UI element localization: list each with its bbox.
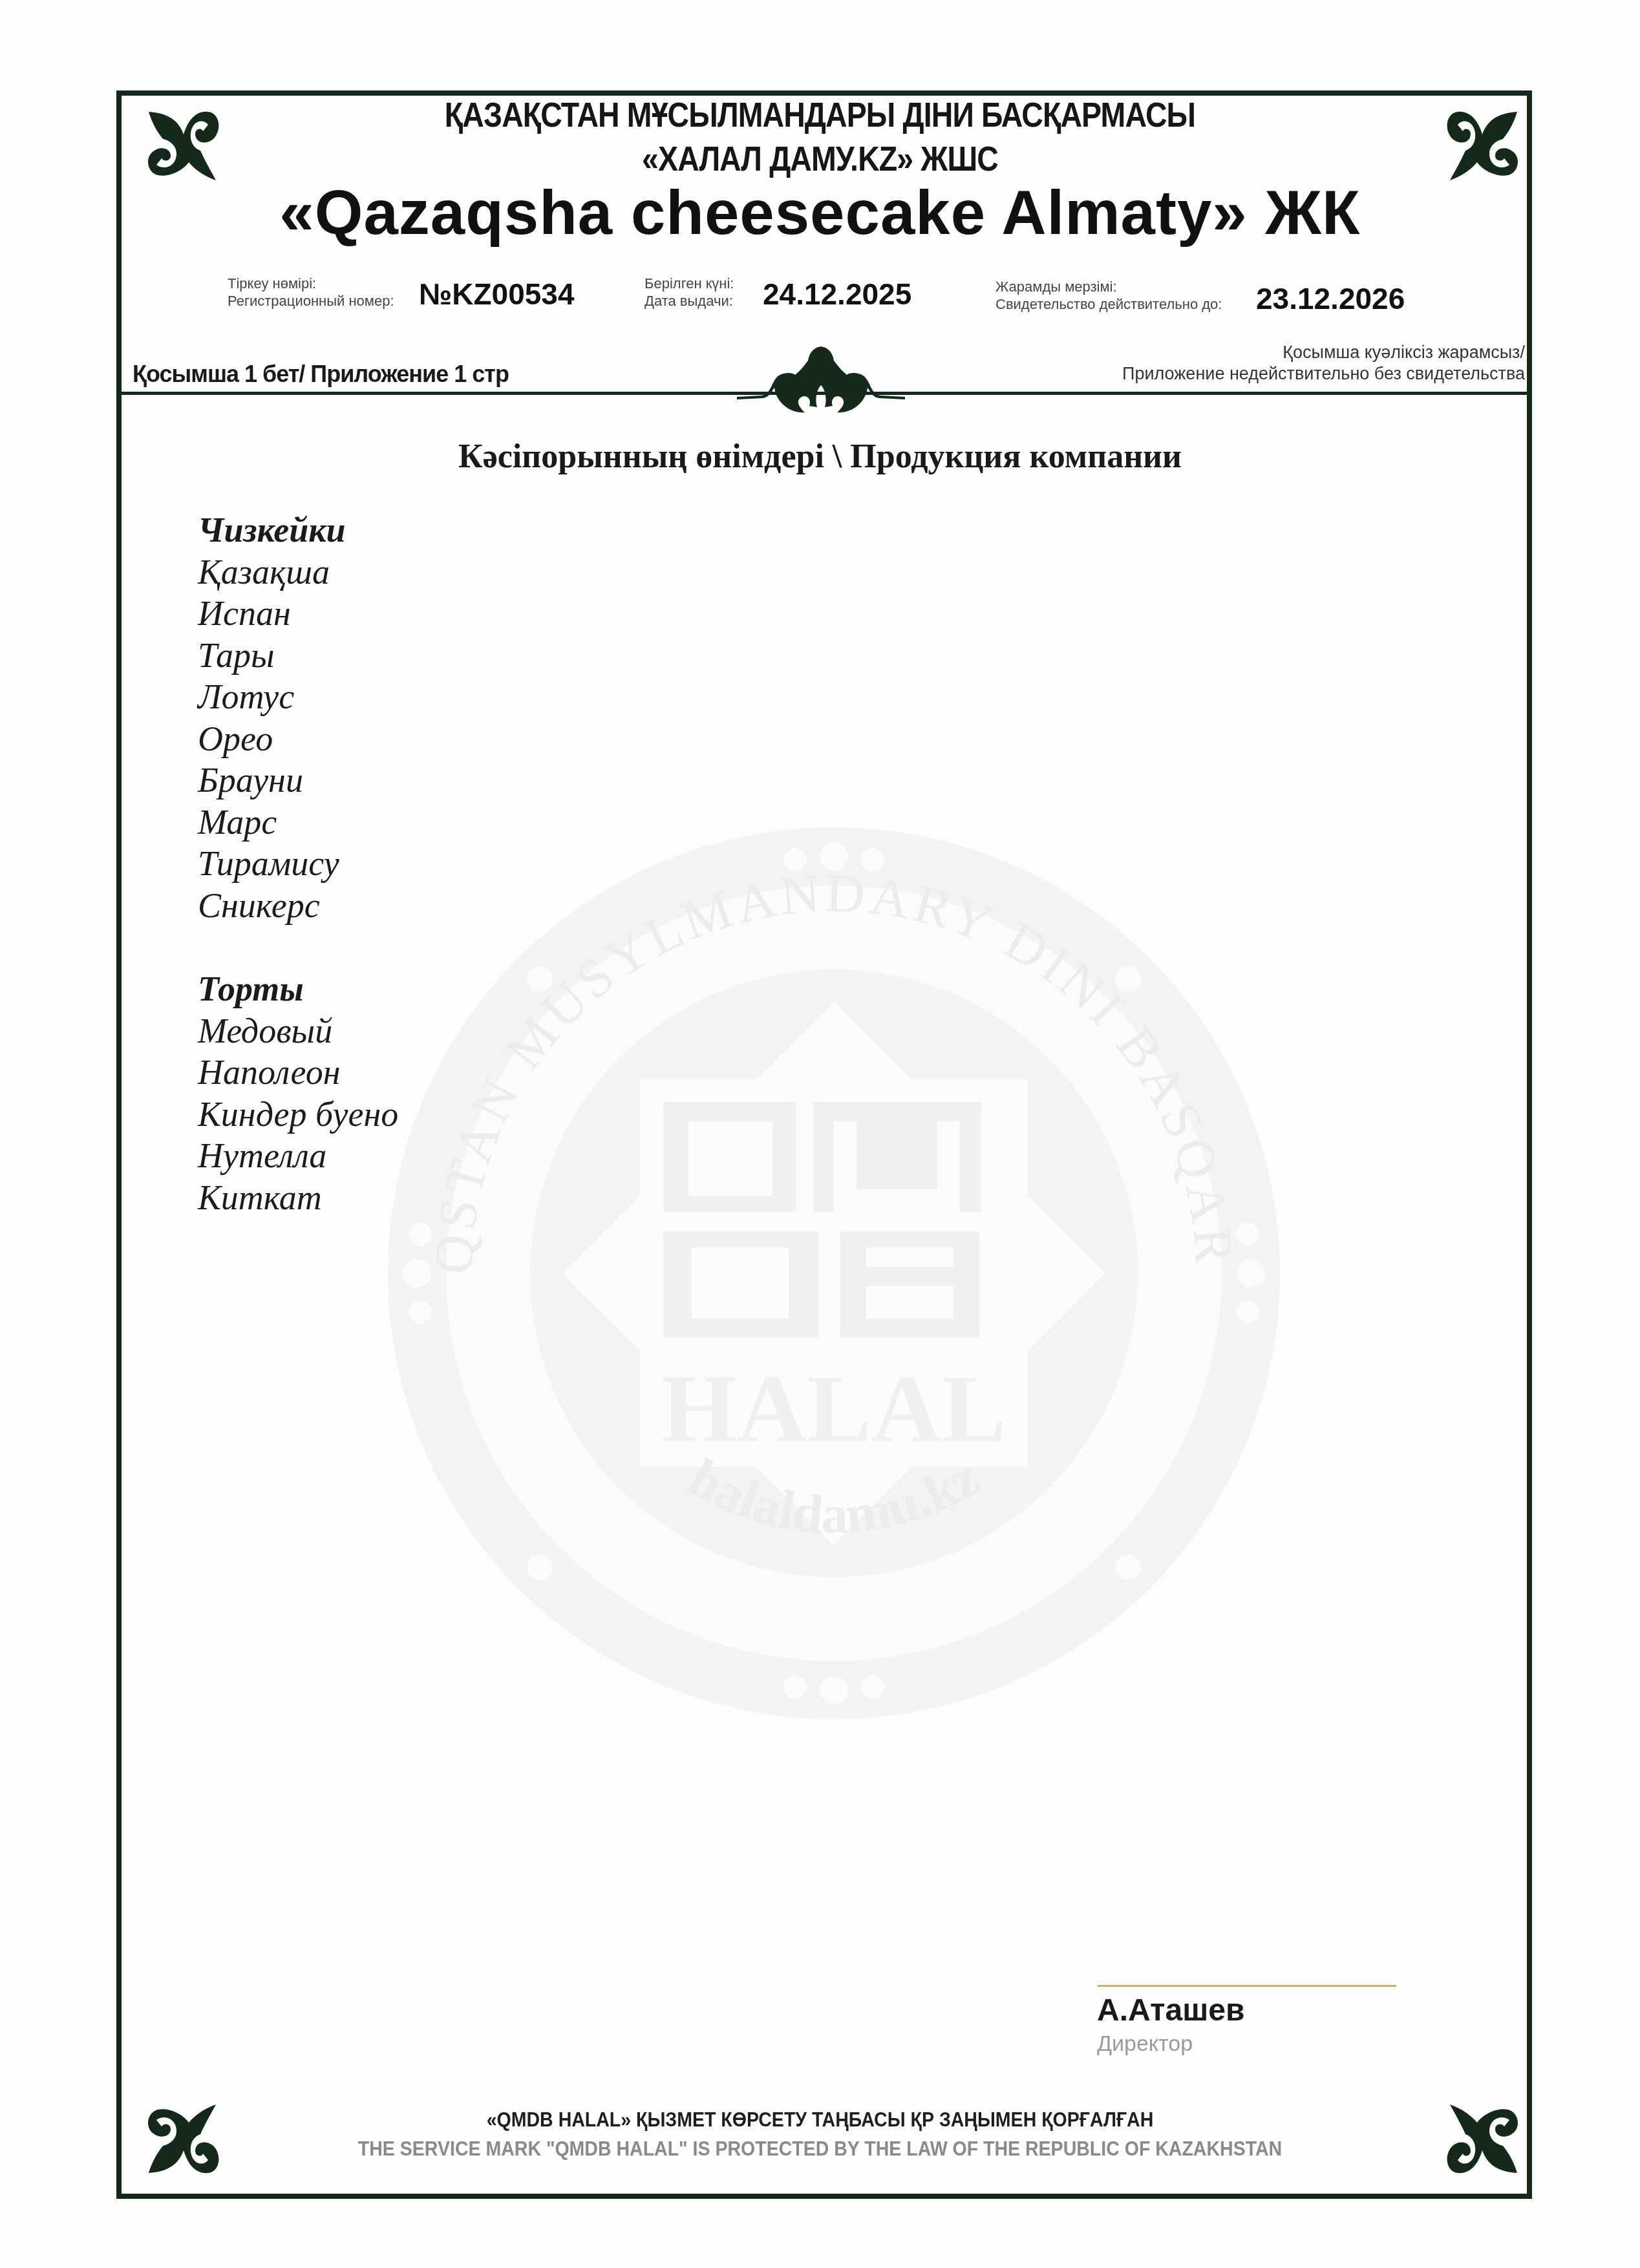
list-item: Орео (198, 718, 346, 760)
valid-until-label-kz: Жарамды мерзімі: (996, 278, 1222, 295)
reg-number-label: Тіркеу нөмірі: Регистрационный номер: (228, 275, 394, 310)
issuer-org-name: ҚАЗАҚСТАН МҰСЫЛМАНДАРЫ ДІНИ БАСҚАРМАСЫ (115, 95, 1526, 135)
issue-date-value: 24.12.2025 (763, 277, 911, 312)
reg-number-value: №KZ00534 (419, 277, 575, 312)
annex-validity-note: Қосымша куәліксіз жарамсыз/ Приложение н… (1122, 342, 1525, 385)
list-item: Киткат (198, 1177, 398, 1219)
center-ornament-icon (737, 343, 905, 427)
annex-validity-note-kz: Қосымша куәліксіз жарамсыз/ (1122, 342, 1525, 363)
list-item: Наполеон (198, 1052, 398, 1094)
products-section-title: Кәсіпорынның өнімдері \ Продукция компан… (0, 438, 1640, 476)
signatory-role: Директор (1097, 2031, 1193, 2057)
footer-trademark-en: THE SERVICE MARK "QMDB HALAL" IS PROTECT… (65, 2137, 1574, 2161)
list-item: Медовый (198, 1010, 398, 1052)
issuer-company-name: «ХАЛАЛ ДАМУ.KZ» ЖШС (115, 139, 1526, 179)
signatory-name: А.Аташев (1097, 1993, 1244, 2028)
list-item: Брауни (198, 759, 346, 801)
list-item: Киндер буено (198, 1094, 398, 1136)
valid-until-label: Жарамды мерзімі: Свидетельство действите… (996, 278, 1222, 313)
list-item: Марс (198, 801, 346, 843)
list-item: Тары (198, 635, 346, 677)
product-category-cakes: Торты Медовый Наполеон Киндер буено Нуте… (198, 968, 398, 1218)
issue-date-label-kz: Берілген күні: (644, 275, 734, 292)
footer-trademark-kz: «QMDB HALAL» ҚЫЗМЕТ КӨРСЕТУ ТАҢБАСЫ ҚР З… (65, 2108, 1574, 2132)
list-item: Лотус (198, 676, 346, 718)
issue-date-label: Берілген күні: Дата выдачи: (644, 275, 734, 310)
signature-line (1098, 1985, 1396, 1987)
annex-validity-note-ru: Приложение недействительно без свидетель… (1122, 363, 1525, 385)
category-heading: Торты (198, 968, 398, 1010)
reg-number-label-kz: Тіркеу нөмірі: (228, 275, 394, 292)
list-item: Испан (198, 593, 346, 635)
list-item: Қазақша (198, 551, 346, 593)
list-item: Нутелла (198, 1135, 398, 1177)
annex-page-label: Қосымша 1 бет/ Приложение 1 стр (133, 361, 509, 388)
valid-until-label-ru: Свидетельство действительно до: (996, 295, 1222, 313)
valid-until-value: 23.12.2026 (1256, 281, 1405, 316)
certificate-holder-name: «Qazaqsha cheesecake Almaty» ЖК (0, 178, 1640, 249)
category-heading: Чизкейки (198, 509, 346, 551)
list-item: Тирамису (198, 843, 346, 885)
reg-number-label-ru: Регистрационный номер: (228, 292, 394, 310)
list-item: Сникерс (198, 885, 346, 927)
product-category-cheesecakes: Чизкейки Қазақша Испан Тары Лотус Орео Б… (198, 509, 346, 926)
issue-date-label-ru: Дата выдачи: (644, 292, 734, 310)
